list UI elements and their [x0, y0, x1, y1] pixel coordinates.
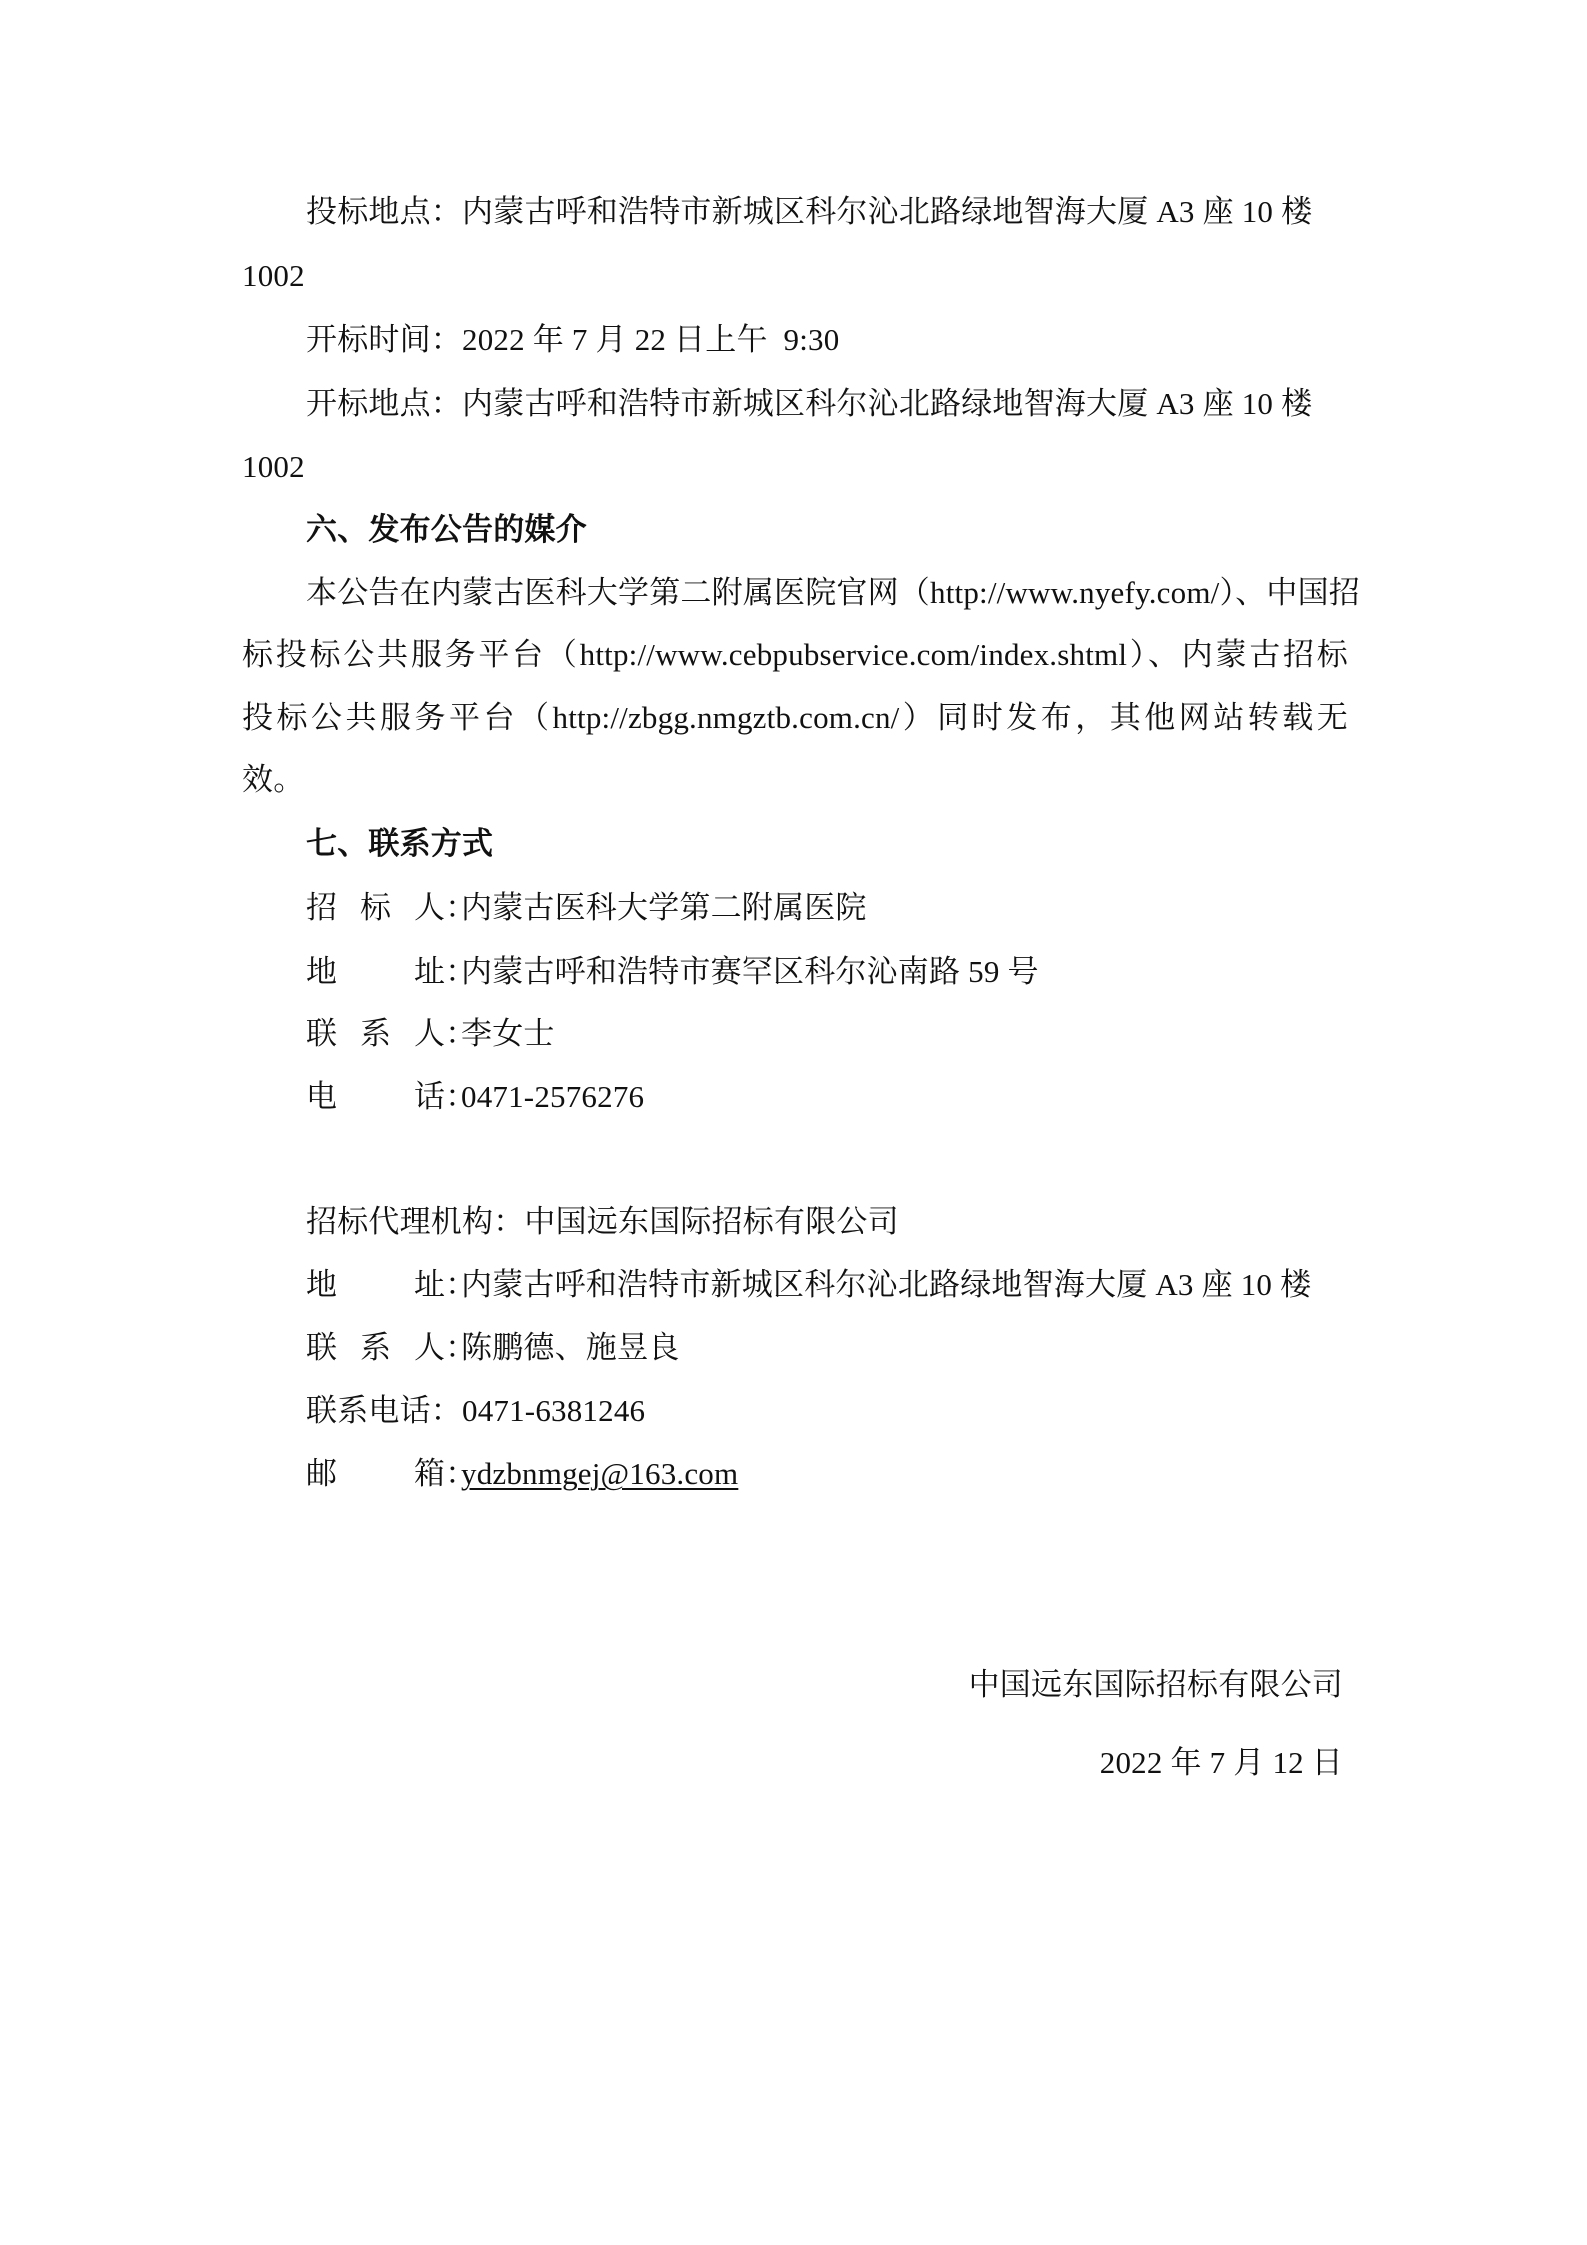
- agency-phone-label: 联系电话：: [306, 1393, 462, 1428]
- section-6-paragraph-line-1: 本公告在内蒙古医科大学第二附属医院官网（http://www.nyefy.com…: [306, 561, 1348, 625]
- tenderer-address-line: 地址：内蒙古呼和浩特市赛罕区科尔沁南路 59 号: [306, 940, 1348, 1004]
- agency-name-label: 招标代理机构：: [306, 1204, 524, 1239]
- tenderer-phone-label: 电话：: [306, 1065, 461, 1129]
- tenderer-address-value: 内蒙古呼和浩特市赛罕区科尔沁南路 59 号: [461, 954, 1039, 989]
- agency-phone-line: 联系电话：0471-6381246: [306, 1379, 1348, 1443]
- bid-place-continuation: 1002: [242, 244, 1348, 308]
- agency-name-line: 招标代理机构：中国远东国际招标有限公司: [306, 1190, 1348, 1254]
- document-page: 投标地点：内蒙古呼和浩特市新城区科尔沁北路绿地智海大厦 A3 座 10 楼 10…: [0, 0, 1587, 2245]
- tenderer-phone-line: 电话：0471-2576276: [306, 1065, 1348, 1129]
- opening-place-line: 开标地点：内蒙古呼和浩特市新城区科尔沁北路绿地智海大厦 A3 座 10 楼: [306, 372, 1348, 436]
- agency-address-label: 地址：: [306, 1253, 461, 1317]
- tenderer-name-label: 招标人：: [306, 876, 461, 940]
- agency-email-line: 邮箱：ydzbnmgej@163.com: [306, 1442, 1348, 1506]
- tenderer-contact-line: 联系人：李女士: [306, 1002, 1348, 1066]
- section-6-paragraph-line-3: 投标公共服务平台（http://zbgg.nmgztb.com.cn/）同时发布…: [242, 686, 1348, 750]
- section-7-heading: 七、联系方式: [306, 812, 1348, 876]
- agency-contact-value: 陈鹏德、施昱良: [461, 1330, 679, 1365]
- agency-email-link[interactable]: ydzbnmgej@163.com: [461, 1456, 738, 1491]
- opening-place-value: 内蒙古呼和浩特市新城区科尔沁北路绿地智海大厦 A3 座 10 楼: [462, 386, 1312, 421]
- bid-place-line: 投标地点：内蒙古呼和浩特市新城区科尔沁北路绿地智海大厦 A3 座 10 楼: [306, 180, 1348, 244]
- section-6-paragraph-line-4: 效。: [242, 748, 1348, 812]
- signature-company: 中国远东国际招标有限公司: [969, 1653, 1343, 1717]
- tenderer-name-line: 招标人：内蒙古医科大学第二附属医院: [306, 876, 1348, 940]
- section-6-paragraph-line-2: 标投标公共服务平台（http://www.cebpubservice.com/i…: [242, 623, 1348, 687]
- agency-contact-line: 联系人：陈鹏德、施昱良: [306, 1316, 1348, 1380]
- agency-email-label: 邮箱：: [306, 1442, 461, 1506]
- opening-time-line: 开标时间：2022 年 7 月 22 日上午 9:30: [306, 308, 1348, 372]
- tenderer-name-value: 内蒙古医科大学第二附属医院: [461, 890, 867, 925]
- tenderer-contact-label: 联系人：: [306, 1002, 461, 1066]
- agency-name-value: 中国远东国际招标有限公司: [524, 1204, 898, 1239]
- bid-place-label: 投标地点：: [306, 194, 462, 229]
- tenderer-address-label: 地址：: [306, 940, 461, 1004]
- agency-address-value: 内蒙古呼和浩特市新城区科尔沁北路绿地智海大厦 A3 座 10 楼: [461, 1267, 1311, 1302]
- tenderer-phone-value: 0471-2576276: [461, 1079, 644, 1114]
- bid-place-value: 内蒙古呼和浩特市新城区科尔沁北路绿地智海大厦 A3 座 10 楼: [462, 194, 1312, 229]
- signature-date: 2022 年 7 月 12 日: [1100, 1731, 1343, 1795]
- agency-address-line: 地址：内蒙古呼和浩特市新城区科尔沁北路绿地智海大厦 A3 座 10 楼: [306, 1253, 1348, 1317]
- opening-place-label: 开标地点：: [306, 386, 462, 421]
- opening-time-value: 2022 年 7 月 22 日上午 9:30: [462, 322, 839, 357]
- opening-time-label: 开标时间：: [306, 322, 462, 357]
- agency-phone-value: 0471-6381246: [462, 1393, 645, 1428]
- tenderer-contact-value: 李女士: [461, 1016, 555, 1051]
- opening-place-continuation: 1002: [242, 435, 1348, 499]
- section-6-heading: 六、发布公告的媒介: [306, 498, 1348, 562]
- agency-contact-label: 联系人：: [306, 1316, 461, 1380]
